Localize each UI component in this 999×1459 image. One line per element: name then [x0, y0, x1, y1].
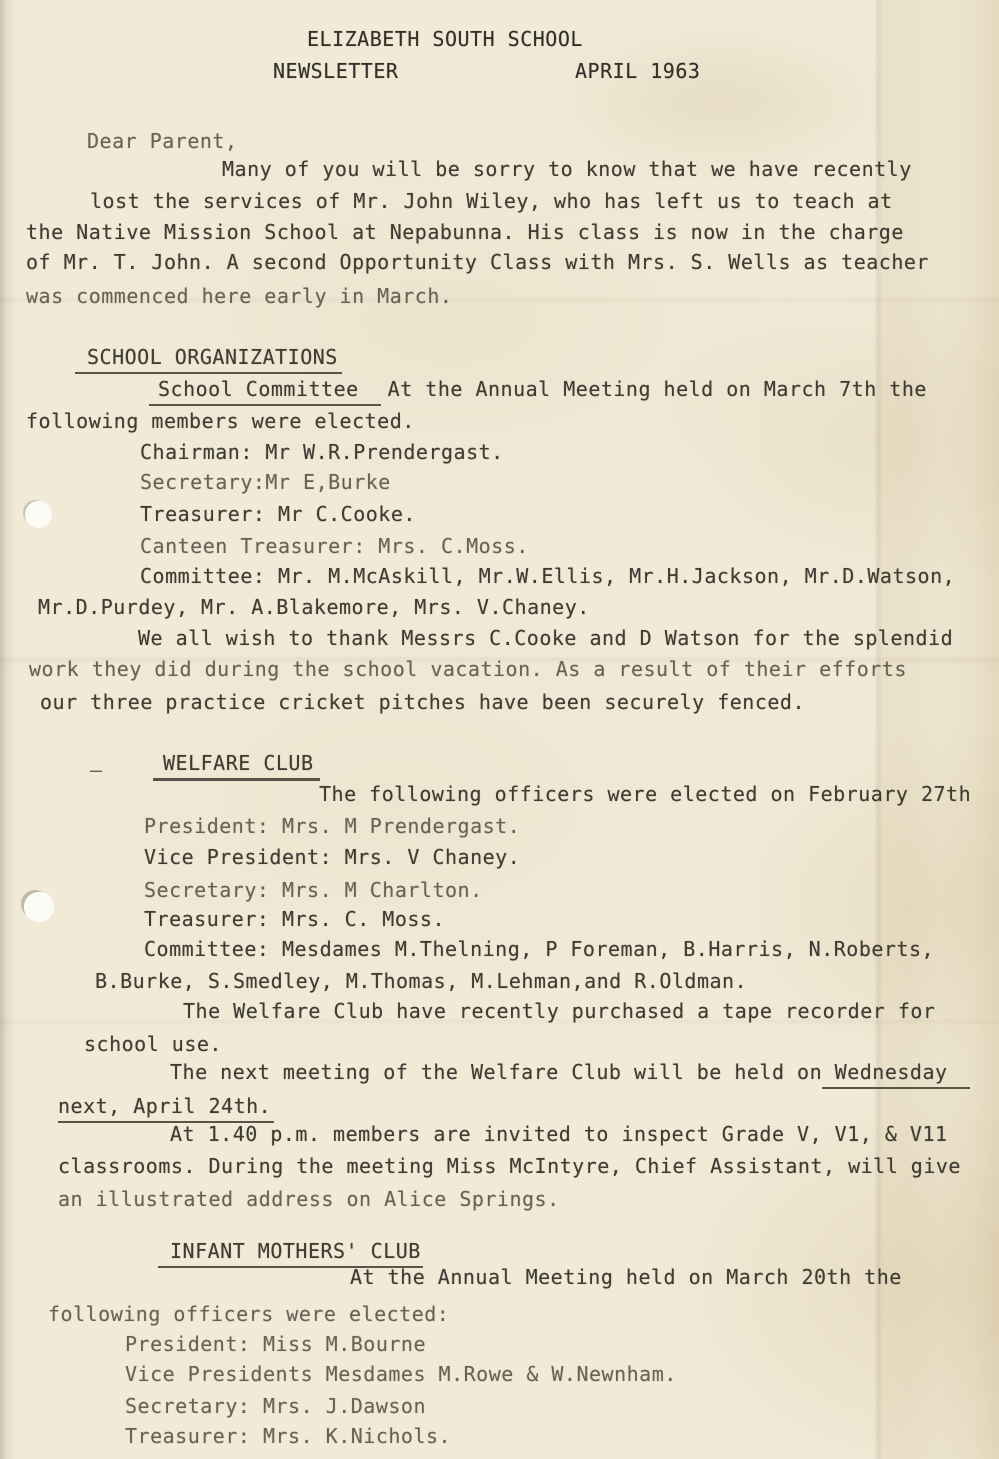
tape-recorder-line: The Welfare Club have recently purchased…	[183, 998, 935, 1024]
school-committee-line: School CommitteeAt the Annual Meeting he…	[149, 376, 927, 406]
officer-line: Mr.D.Purdey, Mr. A.Blakemore, Mrs. V.Cha…	[38, 594, 590, 620]
salutation: Dear Parent,	[87, 128, 238, 154]
meeting-day-underlined: Wednesday	[822, 1059, 970, 1089]
officer-line: Vice President: Mrs. V Chaney.	[144, 844, 520, 870]
thanks-line: We all wish to thank Messrs C.Cooke and …	[138, 625, 953, 651]
thanks-line: work they did during the school vacation…	[29, 656, 907, 682]
intro-line: of Mr. T. John. A second Opportunity Cla…	[26, 249, 929, 275]
section-heading-text: SCHOOL ORGANIZATIONS	[75, 344, 342, 374]
officer-line: B.Burke, S.Smedley, M.Thomas, M.Lehman,a…	[95, 968, 747, 994]
meeting-date-underlined: next, April 24th.	[58, 1093, 274, 1123]
intro-line: was commenced here early in March.	[26, 283, 452, 309]
header-date: APRIL 1963	[575, 58, 700, 84]
next-meeting-line: The next meeting of the Welfare Club wil…	[170, 1059, 970, 1089]
school-committee-heading: School Committee	[149, 376, 381, 406]
next-meeting-text: The next meeting of the Welfare Club wil…	[170, 1060, 822, 1084]
newsletter-page: ELIZABETH SOUTH SCHOOL NEWSLETTER APRIL …	[0, 0, 999, 1459]
officer-line: Treasurer: Mr C.Cooke.	[140, 501, 416, 527]
officer-line: President: Mrs. M Prendergast.	[144, 813, 520, 839]
officer-line: President: Miss M.Bourne	[125, 1331, 426, 1357]
officer-line: Secretary: Mrs. J.Dawson	[125, 1393, 426, 1419]
officer-line: Chairman: Mr W.R.Prendergast.	[140, 439, 504, 465]
welfare-intro: The following officers were elected on F…	[319, 781, 971, 807]
header-doc-type: NEWSLETTER	[273, 58, 398, 84]
inspect-line: classrooms. During the meeting Miss McIn…	[58, 1153, 961, 1179]
imc-intro1: At the Annual Meeting held on March 20th…	[350, 1264, 902, 1290]
officer-line: Treasurer: Mrs. K.Nichols.	[125, 1423, 451, 1449]
stray-dash-mark: –	[90, 758, 102, 782]
inspect-line: At 1.40 p.m. members are invited to insp…	[170, 1121, 948, 1147]
inspect-line: an illustrated address on Alice Springs.	[58, 1186, 560, 1212]
punch-hole-bottom	[24, 892, 54, 922]
officer-line: Secretary: Mrs. M Charlton.	[144, 877, 483, 903]
officer-line: Canteen Treasurer: Mrs. C.Moss.	[140, 533, 529, 559]
school-committee-intro: At the Annual Meeting held on March 7th …	[388, 377, 927, 401]
punch-hole-top	[25, 501, 52, 528]
intro-line: the Native Mission School at Nepabunna. …	[26, 219, 904, 245]
officer-line: Secretary:Mr E,Burke	[140, 469, 391, 495]
next-meeting-date-line: next, April 24th.	[58, 1093, 274, 1123]
school-committee-intro2: following members were elected.	[26, 408, 415, 434]
intro-line: Many of you will be sorry to know that w…	[222, 156, 912, 182]
officer-line: Committee: Mesdames M.Thelning, P Forema…	[144, 936, 934, 962]
section-heading-school-organizations: SCHOOL ORGANIZATIONS	[75, 344, 342, 374]
officer-line: Committee: Mr. M.McAskill, Mr.W.Ellis, M…	[140, 563, 955, 589]
imc-intro2: following officers were elected:	[48, 1301, 449, 1327]
intro-line: lost the services of Mr. John Wiley, who…	[90, 188, 893, 214]
officer-line: Vice Presidents Mesdames M.Rowe & W.Newn…	[125, 1361, 677, 1387]
header-school-name: ELIZABETH SOUTH SCHOOL	[307, 26, 583, 52]
section-heading-welfare-club: WELFARE CLUB	[153, 750, 320, 781]
officer-line: Treasurer: Mrs. C. Moss.	[144, 906, 445, 932]
section-heading-text: WELFARE CLUB	[153, 750, 320, 781]
thanks-line: our three practice cricket pitches have …	[40, 689, 805, 715]
tape-recorder-line: school use.	[84, 1031, 222, 1057]
